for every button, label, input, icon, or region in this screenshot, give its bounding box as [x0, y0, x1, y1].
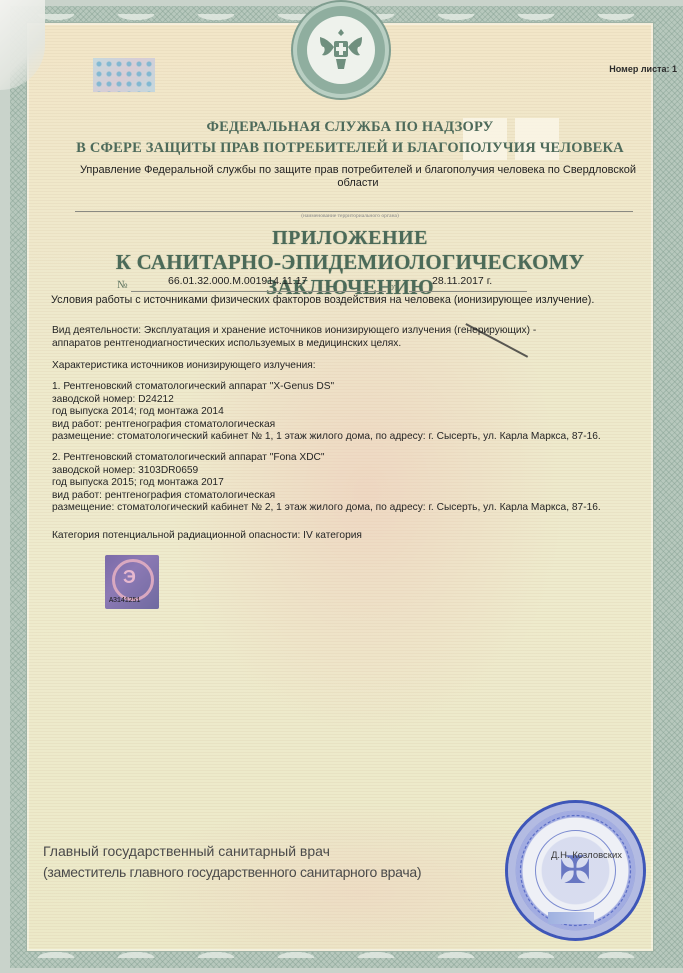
device-entry: 1. Рентгеновский стоматологический аппар… — [52, 381, 662, 444]
device-years: год выпуска 2014; год монтажа 2014 — [52, 406, 662, 419]
number-underline — [131, 291, 386, 292]
device-work-type: вид работ: рентгенография стоматологичес… — [52, 490, 662, 503]
signer-subtitle: (заместитель главного государственного с… — [43, 864, 421, 880]
document-title: ПРИЛОЖЕНИЕ — [30, 227, 670, 250]
document-number: 66.01.32.000.М.001914.11.17 — [168, 275, 307, 287]
device-years: год выпуска 2015; год монтажа 2017 — [52, 477, 662, 490]
heading-text: Характеристика источников ионизирующего … — [52, 360, 662, 373]
eagle-icon — [307, 16, 375, 84]
regional-office-caption: (наименование территориального органа) — [200, 213, 500, 219]
signer-title: Главный государственный санитарный врач — [43, 843, 330, 859]
device-location: размещение: стоматологический кабинет № … — [52, 431, 662, 444]
hologram-seal-icon: Э А3141251 — [105, 555, 159, 609]
number-sign: № — [117, 279, 128, 291]
regional-office: Управление Федеральной службы по защите … — [78, 164, 638, 190]
decorative-wave-bottom — [26, 944, 652, 958]
activity-type: Вид деятельности: Эксплуатация и хранени… — [52, 325, 662, 350]
device-entry: 2. Рентгеновский стоматологический аппар… — [52, 452, 662, 515]
category-text: Категория потенциальной радиационной опа… — [52, 530, 662, 543]
activity-line: Вид деятельности: Эксплуатация и хранени… — [52, 325, 662, 338]
hologram-mark: Э — [123, 567, 136, 588]
device-name: 1. Рентгеновский стоматологический аппар… — [52, 381, 662, 394]
document-date: 28.11.2017 г. — [432, 275, 492, 287]
agency-name-line-1: ФЕДЕРАЛЬНАЯ СЛУЖБА ПО НАДЗОРУ — [30, 119, 670, 136]
hologram-code: А3141251 — [109, 597, 140, 605]
hologram-strip — [93, 58, 155, 92]
device-serial: заводской номер: 3103DR0659 — [52, 465, 662, 478]
characteristic-heading: Характеристика источников ионизирующего … — [52, 360, 662, 373]
signer-name: Д.Н. Козловских — [551, 850, 622, 861]
sheet-number: Номер листа: 1 — [609, 64, 677, 74]
emblem-icon — [297, 6, 385, 94]
divider — [75, 211, 633, 212]
radiation-category: Категория потенциальной радиационной опа… — [52, 530, 662, 543]
device-work-type: вид работ: рентгенография стоматологичес… — [52, 419, 662, 432]
device-name: 2. Рентгеновский стоматологический аппар… — [52, 452, 662, 465]
date-underline — [409, 291, 527, 292]
agency-name-line-2: В СФЕРЕ ЗАЩИТЫ ПРАВ ПОТРЕБИТЕЛЕЙ И БЛАГО… — [30, 140, 670, 157]
document-number-row: № 66.01.32.000.М.001914.11.17 от 28.11.2… — [0, 273, 683, 293]
date-prefix: от — [389, 282, 398, 293]
work-conditions: Условия работы с источниками физических … — [51, 294, 594, 306]
device-location: размещение: стоматологический кабинет № … — [52, 502, 662, 515]
document-sheet: Номер листа: 1 ФЕДЕРАЛЬНАЯ СЛУЖБА ПО НАД… — [0, 0, 683, 973]
stamp-hologram — [548, 912, 594, 924]
device-serial: заводской номер: D24212 — [52, 394, 662, 407]
activity-line: аппаратов рентгенодиагностических исполь… — [52, 338, 662, 351]
